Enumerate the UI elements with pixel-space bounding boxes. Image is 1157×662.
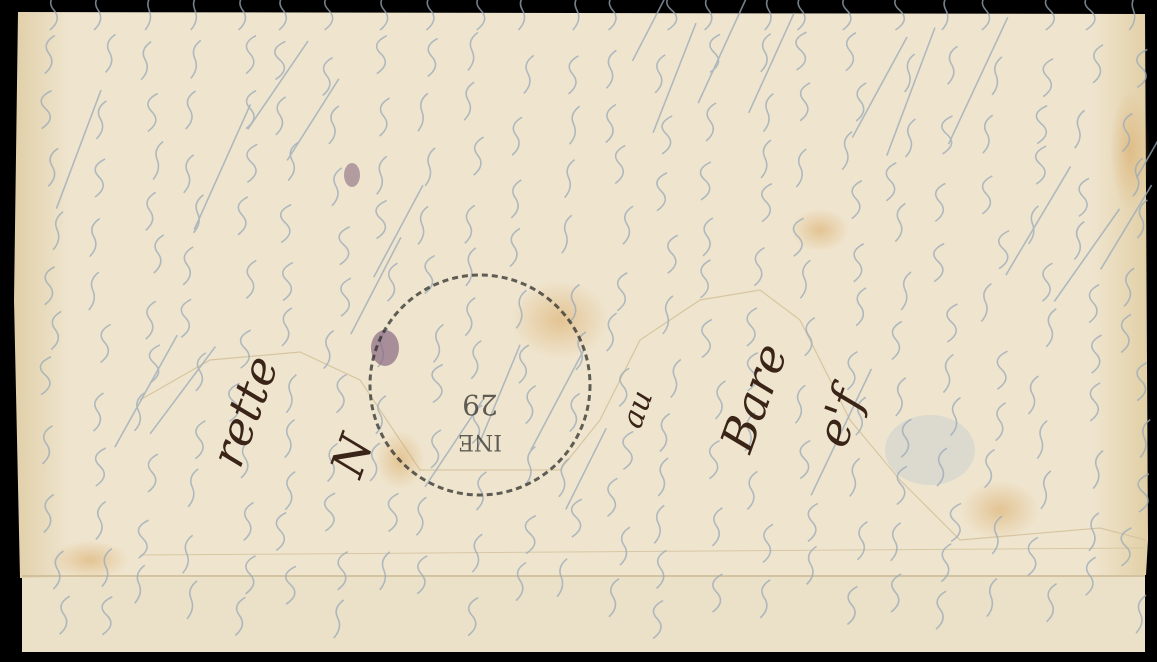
svg-text:INE: INE — [458, 429, 502, 454]
letter-photo: 29 INE rette N au Bare e'f — [0, 0, 1157, 662]
svg-text:29: 29 — [462, 388, 498, 421]
